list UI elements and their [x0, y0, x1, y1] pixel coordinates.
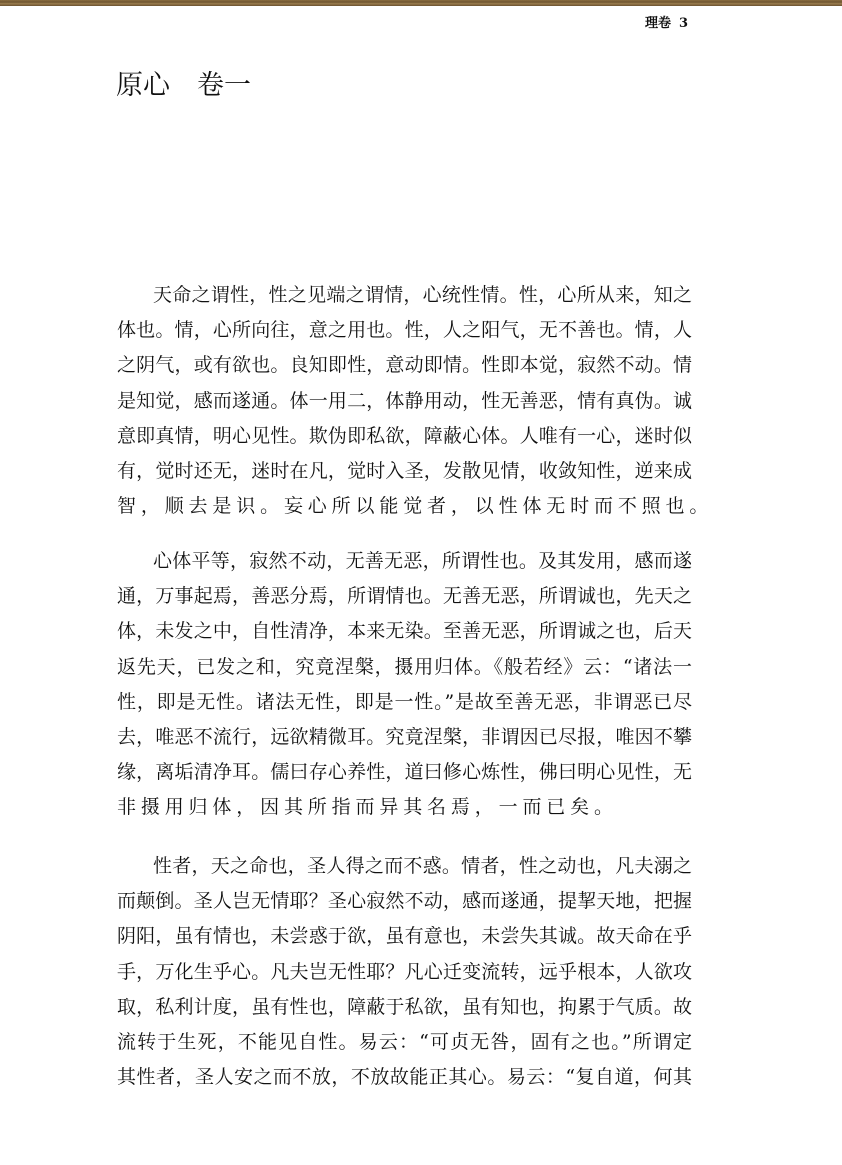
text-line: 性者，天之命也，圣人得之而不惑。情者，性之动也，凡夫溺之: [117, 849, 692, 884]
running-head-section: 理卷: [645, 16, 671, 31]
text-line: 流转于生死，不能见自性。易云：“可贞无咎，固有之也。”所谓定: [117, 1025, 692, 1060]
text-line: 天命之谓性，性之见端之谓情，心统性情。性，心所从来，知之: [117, 278, 692, 313]
text-line: 智，顺去是识。妄心所以能觉者，以性体无时而不照也。: [117, 489, 692, 524]
text-line: 之阴气，或有欲也。良知即性，意动即情。性即本觉，寂然不动。情: [117, 348, 692, 383]
text-line: 返先天，已发之和，究竟涅槃，摄用归体。《般若经》云：“诸法一: [117, 650, 692, 685]
text-line: 体也。情，心所向往，意之用也。性，人之阳气，无不善也。情，人: [117, 313, 692, 348]
chapter-title: 原心 卷一: [116, 67, 251, 105]
paragraph-1: 天命之谓性，性之见端之谓情，心统性情。性，心所从来，知之 体也。情，心所向往，意…: [117, 278, 692, 524]
text-line: 缘，离垢清净耳。儒曰存心养性，道曰修心炼性，佛曰明心见性，无: [117, 755, 692, 790]
text-line: 体，未发之中，自性清净，本来无染。至善无恶，所谓诚之也，后天: [117, 614, 692, 649]
text-line: 性，即是无性。诸法无性，即是一性。”是故至善无恶，非谓恶已尽: [117, 685, 692, 720]
text-line: 有，觉时还无，迷时在凡，觉时入圣，发散见情，收敛知性，逆来成: [117, 454, 692, 489]
page-number: 3: [679, 16, 688, 31]
text-line: 是知觉，感而遂通。体一用二，体静用动，性无善恶，情有真伪。诚: [117, 384, 692, 419]
text-line: 而颠倒。圣人岂无情耶？圣心寂然不动，感而遂通，提挈天地，把握: [117, 884, 692, 919]
text-line: 阴阳，虽有情也，未尝惑于欲，虽有意也，未尝失其诚。故天命在乎: [117, 919, 692, 954]
text-line: 去，唯恶不流行，远欲精微耳。究竟涅槃，非谓因已尽报，唯因不攀: [117, 720, 692, 755]
paragraph-2: 心体平等，寂然不动，无善无恶，所谓性也。及其发用，感而遂 通，万事起焉，善恶分焉…: [117, 544, 692, 826]
text-line: 通，万事起焉，善恶分焉，所谓情也。无善无恶，所谓诚也，先天之: [117, 579, 692, 614]
text-line: 意即真情，明心见性。欺伪即私欲，障蔽心体。人唯有一心，迷时似: [117, 419, 692, 454]
running-head: 理卷3: [600, 14, 688, 34]
text-line: 心体平等，寂然不动，无善无恶，所谓性也。及其发用，感而遂: [117, 544, 692, 579]
paragraph-3: 性者，天之命也，圣人得之而不惑。情者，性之动也，凡夫溺之 而颠倒。圣人岂无情耶？…: [117, 849, 692, 1095]
page-top-border: [0, 0, 842, 6]
text-line: 取，私利计度，虽有性也，障蔽于私欲，虽有知也，拘累于气质。故: [117, 990, 692, 1025]
text-line: 手，万化生乎心。凡夫岂无性耶？凡心迁变流转，远乎根本，人欲攻: [117, 955, 692, 990]
text-line: 其性者，圣人安之而不放，不放故能正其心。易云：“复自道，何其: [117, 1060, 692, 1095]
text-line: 非摄用归体，因其所指而异其名焉，一而已矣。: [117, 790, 692, 825]
